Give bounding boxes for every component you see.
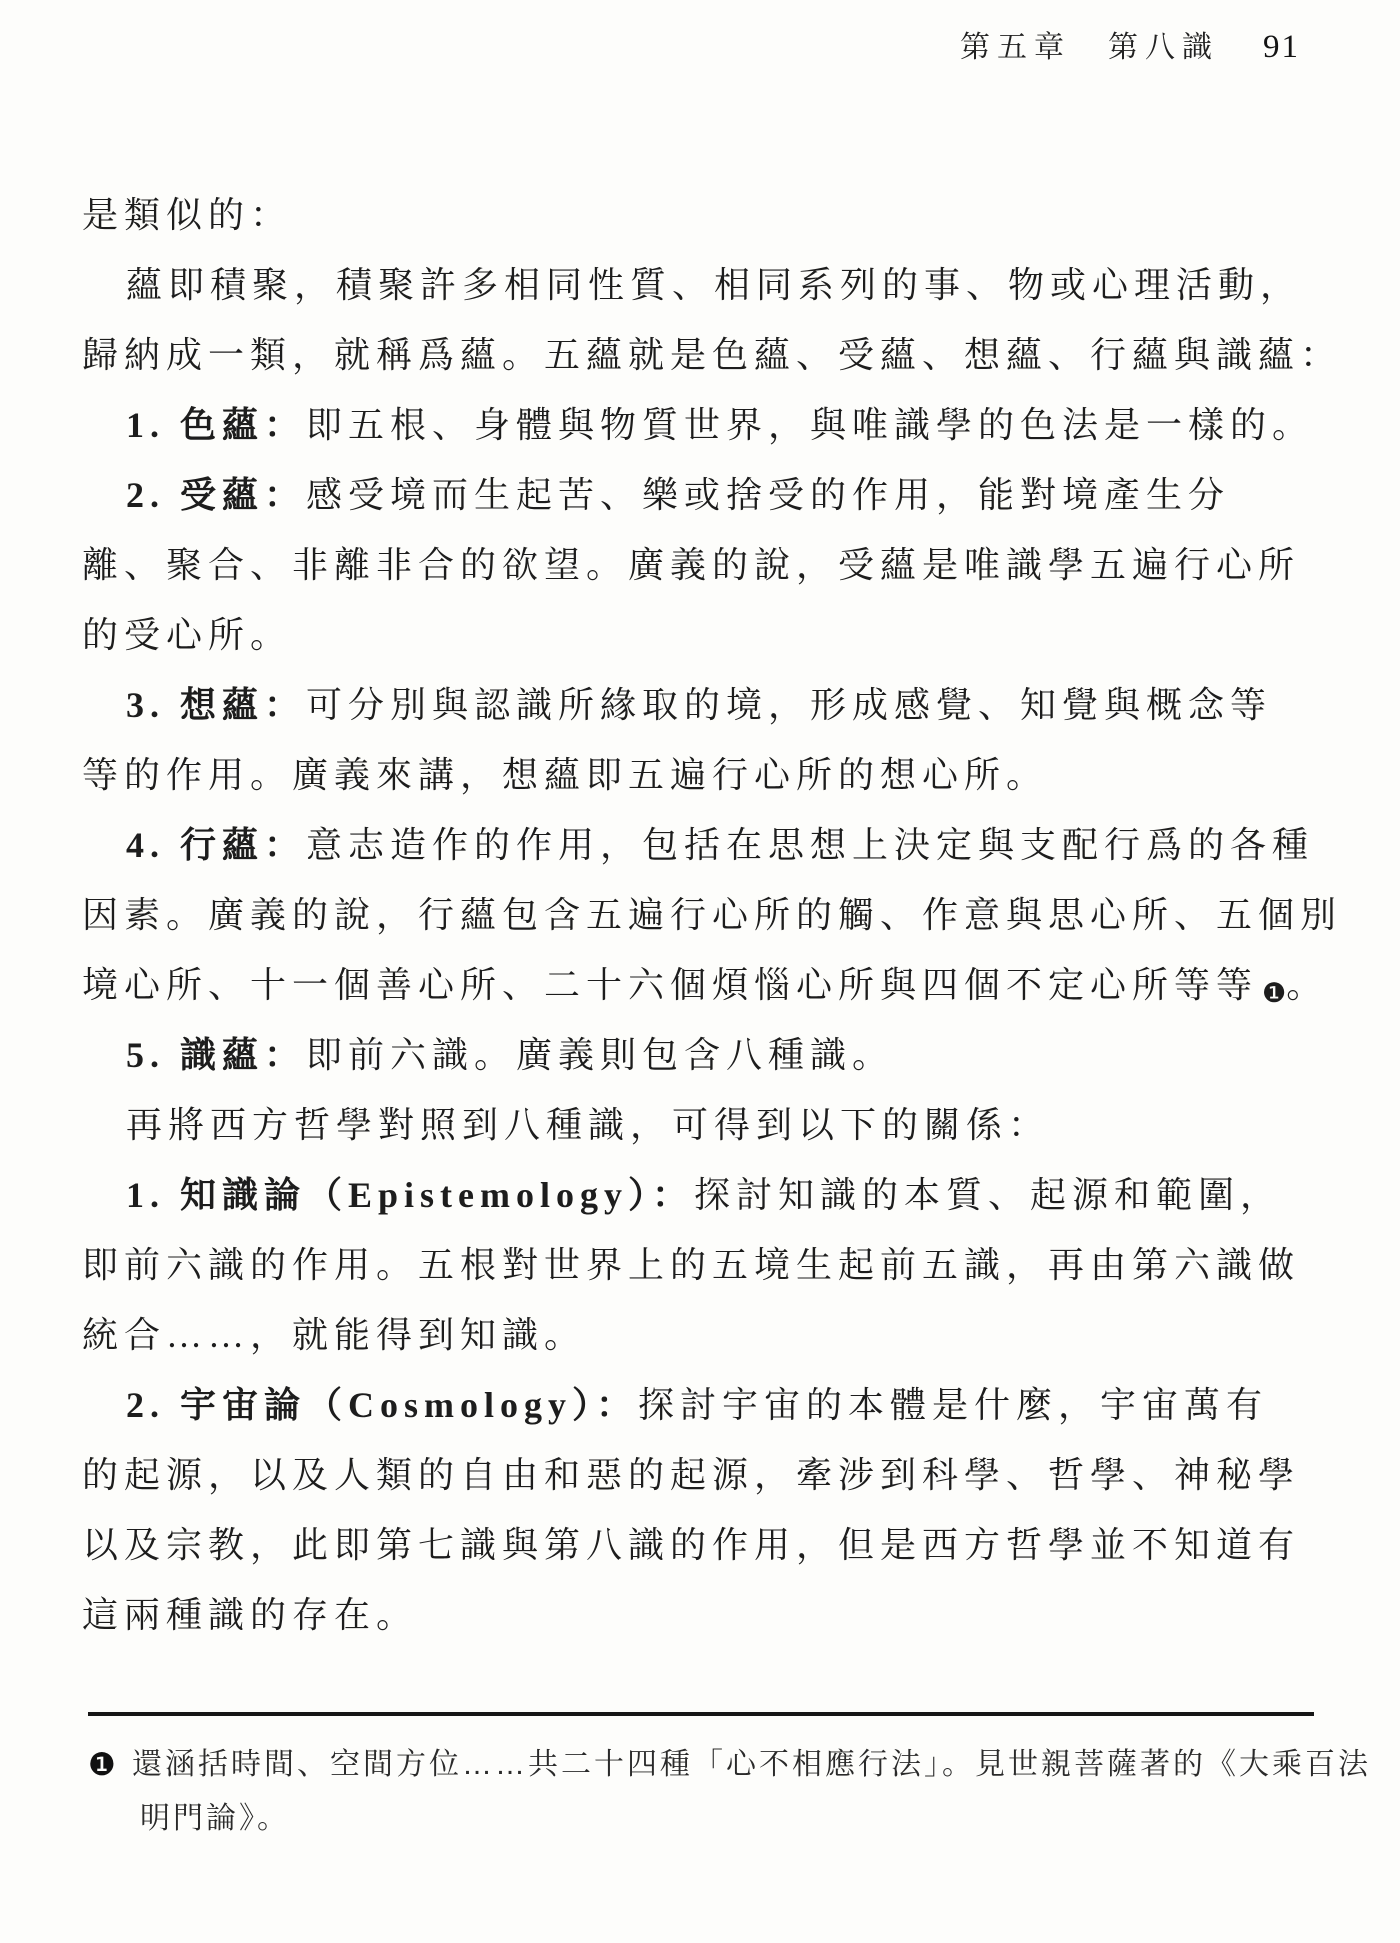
text-segment: 蘊即積聚，積聚許多相同性質、相同系列的事、物或心理活動， xyxy=(126,265,1302,305)
text-segment: 再將西方哲學對照到八種識，可得到以下的關係： xyxy=(126,1105,1050,1145)
footnote-line: 明門論》。 xyxy=(132,1792,1371,1846)
text-segment: 以及宗教，此即第七識與第八識的作用，但是西方哲學並不知道有 xyxy=(82,1525,1300,1565)
text-line: 5. 識蘊：即前六識。廣義則包含八種識。 xyxy=(82,1020,1322,1090)
text-segment: 探討知識的本質、起源和範圍， xyxy=(694,1175,1282,1215)
footnote-marker-icon: ❶ xyxy=(88,1738,132,1846)
text-line: 2. 宇宙論（Cosmology）：探討宇宙的本體是什麼，宇宙萬有 xyxy=(82,1370,1322,1440)
text-line: 等的作用。廣義來講，想蘊即五遍行心所的想心所。 xyxy=(82,740,1322,810)
text-segment: 是類似的： xyxy=(82,195,292,235)
text-segment: 1. 知識論（Epistemology）： xyxy=(126,1175,694,1215)
text-segment: 的起源，以及人類的自由和惡的起源，牽涉到科學、哲學、神秘學 xyxy=(82,1455,1300,1495)
text-segment: 4. 行蘊： xyxy=(126,825,306,865)
text-segment: 意志造作的作用，包括在思想上決定與支配行爲的各種 xyxy=(306,825,1314,865)
chapter-title: 第五章 第八識 xyxy=(960,22,1219,66)
text-segment: 2. 宇宙論（Cosmology）： xyxy=(126,1385,638,1425)
text-segment: 即五根、身體與物質世界，與唯識學的色法是一樣的。 xyxy=(306,405,1314,445)
text-segment: 探討宇宙的本體是什麼，宇宙萬有 xyxy=(638,1385,1268,1425)
text-segment: 。 xyxy=(1286,965,1328,1005)
footnote-line: 還涵括時間、空間方位……共二十四種「心不相應行法」。見世親菩薩著的《大乘百法 xyxy=(132,1738,1371,1792)
text-line: 再將西方哲學對照到八種識，可得到以下的關係： xyxy=(82,1090,1322,1160)
text-segment: 這兩種識的存在。 xyxy=(82,1595,418,1635)
text-line: 2. 受蘊：感受境而生起苦、樂或捨受的作用，能對境產生分 xyxy=(82,460,1322,530)
text-line: 境心所、十一個善心所、二十六個煩惱心所與四個不定心所等等❶。 xyxy=(82,950,1322,1020)
text-segment: 2. 受蘊： xyxy=(126,475,306,515)
text-segment: 3. 想蘊： xyxy=(126,685,306,725)
text-segment: 的受心所。 xyxy=(82,615,292,655)
footnote: ❶ 還涵括時間、空間方位……共二十四種「心不相應行法」。見世親菩薩著的《大乘百法… xyxy=(88,1738,1348,1846)
text-line: 以及宗教，此即第七識與第八識的作用，但是西方哲學並不知道有 xyxy=(82,1510,1322,1580)
footnote-text: 還涵括時間、空間方位……共二十四種「心不相應行法」。見世親菩薩著的《大乘百法明門… xyxy=(132,1738,1371,1846)
text-segment: 即前六識。廣義則包含八種識。 xyxy=(306,1035,894,1075)
text-line: 即前六識的作用。五根對世界上的五境生起前五識，再由第六識做 xyxy=(82,1230,1322,1300)
text-segment: 1. 色蘊： xyxy=(126,405,306,445)
text-line: 的起源，以及人類的自由和惡的起源，牽涉到科學、哲學、神秘學 xyxy=(82,1440,1322,1510)
text-line: 統合……，就能得到知識。 xyxy=(82,1300,1322,1370)
text-line: 歸納成一類，就稱爲蘊。五蘊就是色蘊、受蘊、想蘊、行蘊與識蘊： xyxy=(82,320,1322,390)
text-line: 1. 知識論（Epistemology）：探討知識的本質、起源和範圍， xyxy=(82,1160,1322,1230)
text-line: 因素。廣義的說，行蘊包含五遍行心所的觸、作意與思心所、五個別 xyxy=(82,880,1322,950)
text-segment: 境心所、十一個善心所、二十六個煩惱心所與四個不定心所等等 xyxy=(82,965,1258,1005)
text-line: 蘊即積聚，積聚許多相同性質、相同系列的事、物或心理活動， xyxy=(82,250,1322,320)
text-line: 這兩種識的存在。 xyxy=(82,1580,1322,1650)
text-segment: 感受境而生起苦、樂或捨受的作用，能對境產生分 xyxy=(306,475,1230,515)
text-line: 3. 想蘊：可分別與認識所緣取的境，形成感覺、知覺與概念等 xyxy=(82,670,1322,740)
text-segment: 可分別與認識所緣取的境，形成感覺、知覺與概念等 xyxy=(306,685,1272,725)
running-header: 第五章 第八識 91 xyxy=(960,22,1300,66)
text-segment: 離、聚合、非離非合的欲望。廣義的說，受蘊是唯識學五遍行心所 xyxy=(82,545,1300,585)
text-segment: 因素。廣義的說，行蘊包含五遍行心所的觸、作意與思心所、五個別 xyxy=(82,895,1342,935)
text-line: 1. 色蘊：即五根、身體與物質世界，與唯識學的色法是一樣的。 xyxy=(82,390,1322,460)
text-line: 離、聚合、非離非合的欲望。廣義的說，受蘊是唯識學五遍行心所 xyxy=(82,530,1322,600)
book-page: 第五章 第八識 91 是類似的：蘊即積聚，積聚許多相同性質、相同系列的事、物或心… xyxy=(0,0,1400,1943)
text-segment: 歸納成一類，就稱爲蘊。五蘊就是色蘊、受蘊、想蘊、行蘊與識蘊： xyxy=(82,335,1342,375)
text-line: 的受心所。 xyxy=(82,600,1322,670)
footnote-ref-icon: ❶ xyxy=(1258,978,1286,1008)
text-segment: 5. 識蘊： xyxy=(126,1035,306,1075)
body-text: 是類似的：蘊即積聚，積聚許多相同性質、相同系列的事、物或心理活動，歸納成一類，就… xyxy=(82,180,1322,1650)
text-segment: 統合……，就能得到知識。 xyxy=(82,1315,586,1355)
text-line: 4. 行蘊：意志造作的作用，包括在思想上決定與支配行爲的各種 xyxy=(82,810,1322,880)
text-segment: 等的作用。廣義來講，想蘊即五遍行心所的想心所。 xyxy=(82,755,1048,795)
page-number: 91 xyxy=(1263,29,1300,66)
text-segment: 即前六識的作用。五根對世界上的五境生起前五識，再由第六識做 xyxy=(82,1245,1300,1285)
text-line: 是類似的： xyxy=(82,180,1322,250)
footnote-divider xyxy=(88,1712,1314,1716)
